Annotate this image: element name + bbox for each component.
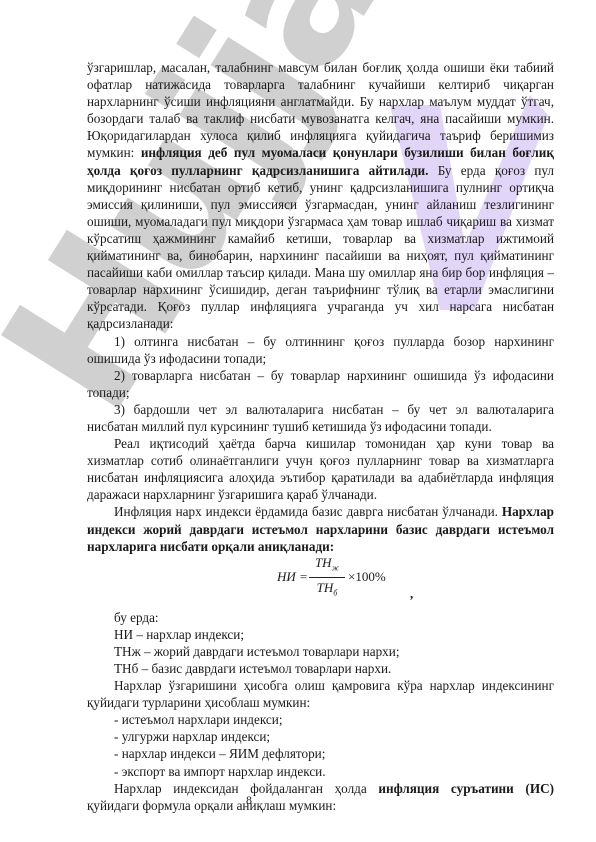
paragraph-index-types: Нархлар ўзгаришини ҳисобга олиш қамровиг…	[87, 677, 554, 711]
paragraph-text: Бу ерда қоғоз пул миқдорининг нисбатан о…	[87, 163, 554, 332]
list-item: - нархлар индекси – ЯИМ дефлятори;	[87, 745, 554, 762]
list-item: 2) товарларга нисбатан – бу товарлар нар…	[87, 367, 554, 401]
definition-item: ТНб – базис даврдаги истеъмол товарлари …	[87, 660, 554, 677]
formula-denominator: ТНб	[309, 578, 345, 602]
list-item: 3) бардошли чет эл валюталарига нисбатан…	[87, 401, 554, 435]
price-index-formula: НИ = ТНж ТНб ×100% ,	[87, 555, 554, 609]
denominator-text: ТН	[317, 580, 334, 595]
paragraph-real-economy: Реал иқтисодий ҳаётда барча кишилар томо…	[87, 435, 554, 503]
document-page: Hujjat ўзгаришлар, масалан, талабнинг ма…	[0, 0, 596, 842]
formula-comma: ,	[410, 585, 413, 602]
formula-rhs: ×100%	[348, 568, 386, 585]
paragraph-inflation-rate: Нархлар индексидан фойдаланган ҳолда инф…	[87, 780, 554, 814]
definition-item: ТНж – жорий даврдаги истеъмол товарлари …	[87, 643, 554, 660]
formula-fraction: ТНж ТНб	[309, 554, 345, 602]
list-item: 1) олтинга нисбатан – бу олтиннинг қоғоз…	[87, 333, 554, 367]
numerator-subscript: ж	[332, 563, 339, 572]
paragraph-text: Инфляция нарх индекси ёрдамида базис дав…	[114, 504, 502, 519]
denominator-subscript: б	[333, 589, 337, 598]
where-label: бу ерда:	[87, 609, 554, 626]
numerator-text: ТН	[315, 555, 332, 570]
paragraph-definition: ўзгаришлар, масалан, талабнинг мавсум би…	[87, 59, 554, 333]
document-body: ўзгаришлар, масалан, талабнинг мавсум би…	[87, 59, 554, 814]
paragraph-price-index: Инфляция нарх индекси ёрдамида базис дав…	[87, 503, 554, 554]
list-item: - истеъмол нархлари индекси;	[87, 711, 554, 728]
formula-numerator: ТНж	[309, 554, 345, 579]
paragraph-text: қуйидаги формула орқали аниқлаш мумкин:	[87, 798, 336, 813]
bold-inflation-rate: инфляция суръатини (ИС)	[378, 781, 554, 796]
list-item: - улгуржи нархлар индекси;	[87, 728, 554, 745]
definition-item: НИ – нархлар индекси;	[87, 626, 554, 643]
formula-lhs: НИ =	[277, 568, 308, 585]
list-item: - экспорт ва импорт нархлар индекси.	[87, 763, 554, 780]
page-number: 8	[246, 793, 252, 808]
